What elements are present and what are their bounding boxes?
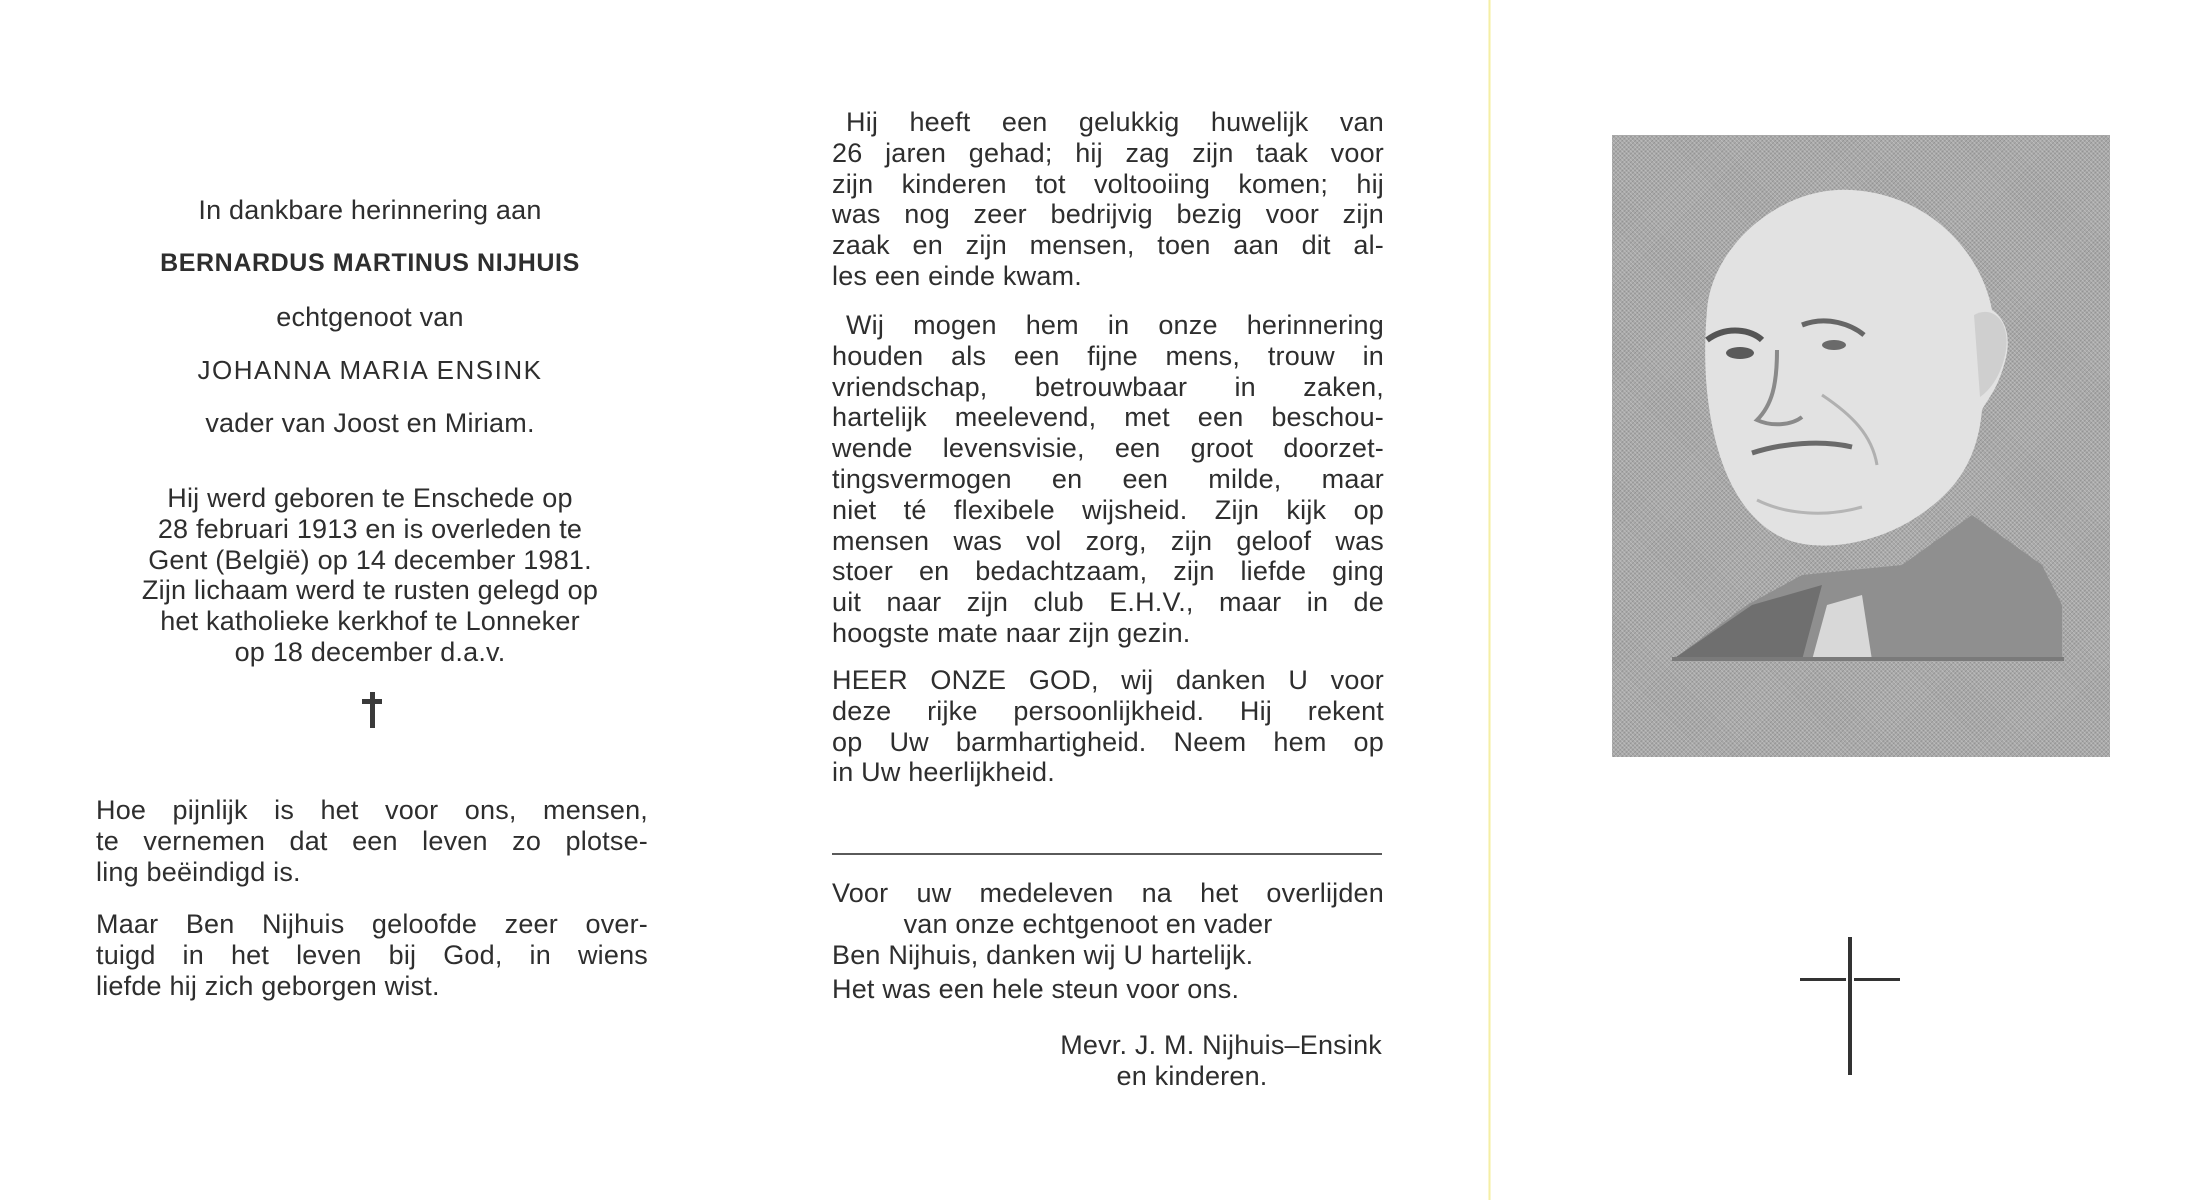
text-line: 26 jaren gehad; hij zag zijn taak voor [832,138,1384,169]
portrait-photo [1612,135,2110,757]
text-line: tingsvermogen en een milde, maar [832,464,1384,495]
text-line: te vernemen dat een leven zo plotse- [96,826,648,857]
text-line: les een einde kwam. [832,261,1384,292]
middle-panel: Hij heeft een gelukkig huwelijk van26 ja… [740,0,1490,1200]
text-line: zijn kinderen tot voltooiing komen; hij [832,169,1384,200]
text-line: Ben Nijhuis, danken wij U hartelijk. [832,940,1384,971]
text-line: en kinderen. [832,1061,1382,1092]
thanks-text: Voor uw medeleven na het overlijdenvan o… [832,878,1384,1005]
text-line: houden als een fijne mens, trouw in [832,341,1384,372]
left-panel: In dankbare herinnering aan BERNARDUS MA… [0,0,740,1200]
reflection-1: Hoe pijnlijk is het voor ons, mensen,te … [96,795,648,887]
paragraph-memory: Wij mogen hem in onze herinneringhouden … [832,310,1384,649]
text-line: zaak en zijn mensen, toen aan dit al- [832,230,1384,261]
spouse-label: echtgenoot van [90,302,650,333]
text-line: Voor uw medeleven na het overlijden [832,878,1384,909]
spouse-name: JOHANNA MARIA ENSINK [90,355,650,386]
paragraph-marriage: Hij heeft een gelukkig huwelijk van26 ja… [832,107,1384,292]
text-line: tuigd in het leven bij God, in wiens [96,940,648,971]
text-line: deze rijke persoonlijkheid. Hij rekent [832,696,1384,727]
text-line: wende levensvisie, een groot doorzet- [832,433,1384,464]
text-line: Hij heeft een gelukkig huwelijk van [832,107,1384,138]
text-line: Mevr. J. M. Nijhuis–Ensink [832,1030,1382,1061]
text-line: liefde hij zich geborgen wist. [96,971,648,1002]
text-line: van onze echtgenoot en vader [832,909,1384,940]
card-fold-line [1488,0,1491,1200]
signature: Mevr. J. M. Nijhuis–Ensinken kinderen. [832,1030,1382,1092]
text-line: Gent (België) op 14 december 1981. [90,545,650,576]
text-line: mensen was vol zorg, zijn geloof was [832,526,1384,557]
right-panel [1492,0,2209,1200]
text-line: Hij werd geboren te Enschede op [90,483,650,514]
text-line: op Uw barmhartigheid. Neem hem op [832,727,1384,758]
text-line: in Uw heerlijkheid. [832,757,1384,788]
reflection-2: Maar Ben Nijhuis geloofde zeer over-tuig… [96,909,648,1001]
section-divider [832,853,1382,855]
text-line: niet té flexibele wijsheid. Zijn kijk op [832,495,1384,526]
portrait-figure [1612,135,2110,757]
text-line: Hoe pijnlijk is het voor ons, mensen, [96,795,648,826]
small-cross-icon [362,692,382,728]
intro-text: In dankbare herinnering aan [90,195,650,226]
text-line: 28 februari 1913 en is overleden te [90,514,650,545]
text-line: Maar Ben Nijhuis geloofde zeer over- [96,909,648,940]
large-cross-icon [1800,937,1900,1075]
text-line: Zijn lichaam werd te rusten gelegd op [90,575,650,606]
text-line: uit naar zijn club E.H.V., maar in de [832,587,1384,618]
deceased-name: BERNARDUS MARTINUS NIJHUIS [90,248,650,279]
text-line: het katholieke kerkhof te Lonneker [90,606,650,637]
text-line: vriendschap, betrouwbaar in zaken, [832,372,1384,403]
children-text: vader van Joost en Miriam. [90,408,650,439]
text-line: hoogste mate naar zijn gezin. [832,618,1384,649]
text-line: hartelijk meelevend, met een beschou- [832,402,1384,433]
prayer: HEER ONZE GOD, wij danken U voordeze rij… [832,665,1384,788]
text-line: Het was een hele steun voor ons. [832,974,1384,1005]
text-line: op 18 december d.a.v. [90,637,650,668]
text-line: ling beëindigd is. [96,857,648,888]
text-line: stoer en bedachtzaam, zijn liefde ging [832,556,1384,587]
text-line: Wij mogen hem in onze herinnering [832,310,1384,341]
text-line: HEER ONZE GOD, wij danken U voor [832,665,1384,696]
text-line: was nog zeer bedrijvig bezig voor zijn [832,199,1384,230]
biography: Hij werd geboren te Enschede op28 februa… [90,483,650,668]
